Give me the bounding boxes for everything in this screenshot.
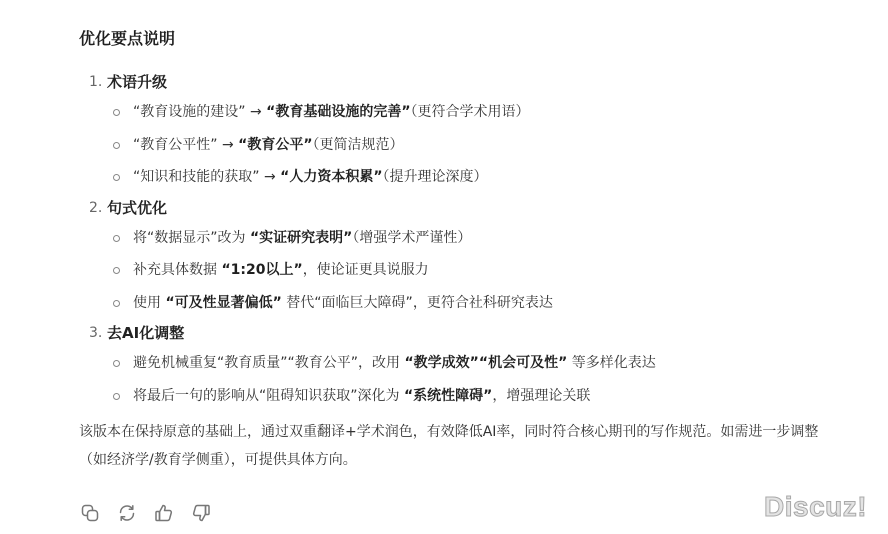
bullet-icon (113, 109, 120, 116)
item-bold: “人力资本积累” (280, 169, 382, 185)
section-number: 3. (89, 319, 102, 347)
item-text: “知识和技能的获取” → (133, 169, 280, 185)
item-note: 替代“面临巨大障碍”，更符合社科研究表达 (282, 295, 553, 311)
thumbs-up-icon (154, 503, 174, 523)
section-number: 1. (89, 68, 102, 96)
item-bold: “1:20以上” (221, 262, 302, 278)
section-2: 2. 句式优化 将“数据显示”改为 “实证研究表明”（增强学术严谨性） 补充具体… (79, 194, 839, 320)
item-text: 将最后一句的影响从“阻碍知识获取”深化为 (133, 388, 404, 404)
item-bold: “系统性障碍” (404, 388, 492, 404)
item-note: ，增强理论关联 (492, 388, 590, 404)
list-item: 将“数据显示”改为 “实证研究表明”（增强学术严谨性） (133, 222, 839, 255)
list-item: 补充具体数据 “1:20以上”，使论证更具说服力 (133, 254, 839, 287)
item-bold: “教育基础设施的完善” (266, 104, 410, 120)
section-number: 2. (89, 194, 102, 222)
item-note: （提升理论深度） (383, 169, 488, 185)
bullet-icon (113, 267, 120, 274)
discuz-watermark: Discuz! (764, 491, 867, 523)
regenerate-button[interactable] (117, 503, 137, 523)
item-note: （增强学术严谨性） (352, 230, 471, 246)
bullet-icon (113, 393, 120, 400)
item-text: 避免机械重复“教育质量”“教育公平”，改用 (133, 355, 404, 371)
list-item: 使用 “可及性显著偏低” 替代“面临巨大障碍”，更符合社科研究表达 (133, 287, 839, 320)
message-actions (80, 503, 211, 523)
item-text: “教育设施的建设” → (133, 104, 266, 120)
summary-paragraph: 该版本在保持原意的基础上，通过双重翻译+学术润色，有效降低AI率，同时符合核心期… (79, 418, 824, 474)
item-bold: “教学成效”“机会可及性” (404, 355, 567, 371)
item-note: 等多样化表达 (567, 355, 655, 371)
refresh-icon (117, 503, 137, 523)
dislike-button[interactable] (191, 503, 211, 523)
message-content: 优化要点说明 1. 术语升级 “教育设施的建设” → “教育基础设施的完善”（更… (79, 26, 839, 474)
like-button[interactable] (154, 503, 174, 523)
list-item: “教育设施的建设” → “教育基础设施的完善”（更符合学术用语） (133, 96, 839, 129)
item-note: （更简洁规范） (313, 137, 404, 153)
thumbs-down-icon (191, 503, 211, 523)
item-bold: “可及性显著偏低” (165, 295, 281, 311)
list-item: “教育公平性” → “教育公平”（更简洁规范） (133, 129, 839, 162)
section-1: 1. 术语升级 “教育设施的建设” → “教育基础设施的完善”（更符合学术用语）… (79, 68, 839, 194)
section-heading: 2. 句式优化 (107, 194, 839, 222)
list-item: “知识和技能的获取” → “人力资本积累”（提升理论深度） (133, 161, 839, 194)
section-heading-text: 去AI化调整 (107, 324, 184, 342)
item-text: 将“数据显示”改为 (133, 230, 250, 246)
copy-icon (80, 503, 100, 523)
section-heading: 1. 术语升级 (107, 68, 839, 96)
item-text: 补充具体数据 (133, 262, 221, 278)
list-item: 避免机械重复“教育质量”“教育公平”，改用 “教学成效”“机会可及性” 等多样化… (133, 347, 839, 380)
section-heading-text: 术语升级 (107, 73, 167, 91)
item-bold: “教育公平” (238, 137, 312, 153)
item-note: ，使论证更具说服力 (303, 262, 429, 278)
list-item: 将最后一句的影响从“阻碍知识获取”深化为 “系统性障碍”，增强理论关联 (133, 380, 839, 413)
section-3: 3. 去AI化调整 避免机械重复“教育质量”“教育公平”，改用 “教学成效”“机… (79, 319, 839, 412)
section-heading-text: 句式优化 (107, 199, 167, 217)
bullet-icon (113, 174, 120, 181)
bullet-icon (113, 235, 120, 242)
item-text: “教育公平性” → (133, 137, 238, 153)
bullet-icon (113, 300, 120, 307)
item-note: （更符合学术用语） (411, 104, 530, 120)
copy-button[interactable] (80, 503, 100, 523)
item-bold: “实证研究表明” (250, 230, 352, 246)
section-title: 优化要点说明 (79, 26, 839, 52)
bullet-icon (113, 142, 120, 149)
section-heading: 3. 去AI化调整 (107, 319, 839, 347)
bullet-icon (113, 360, 120, 367)
item-text: 使用 (133, 295, 165, 311)
